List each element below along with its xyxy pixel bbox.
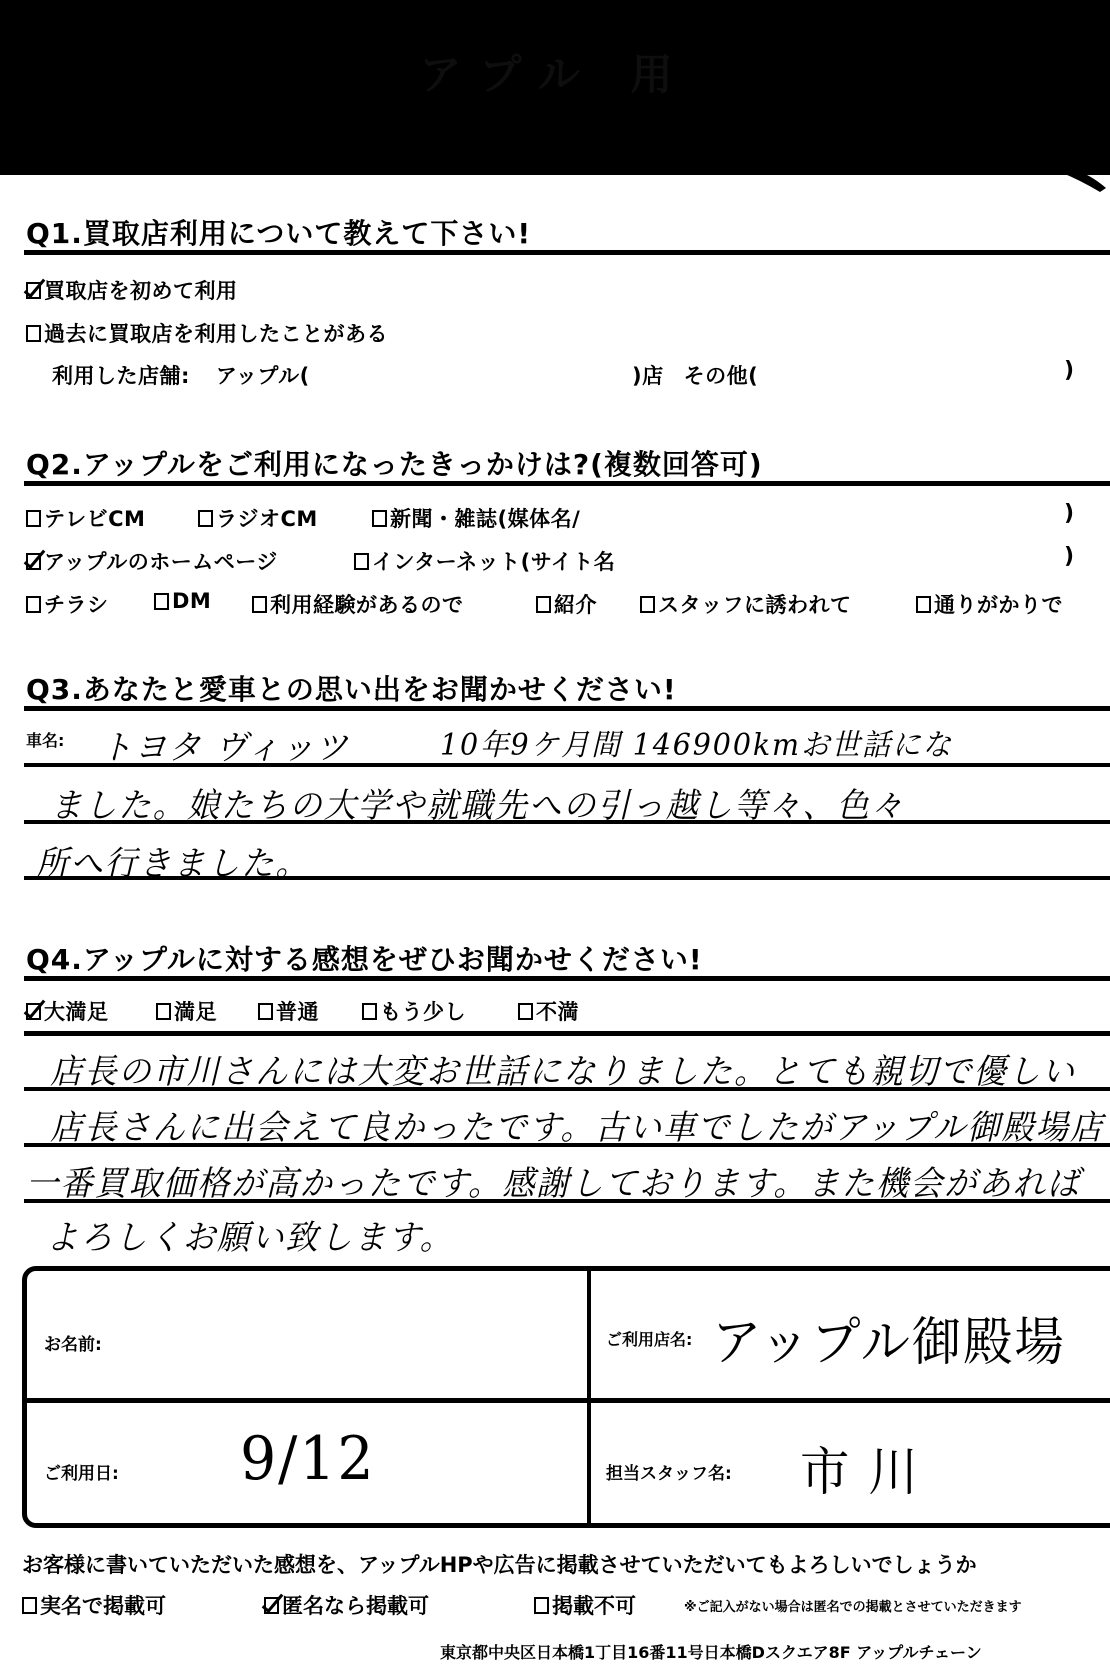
q1-rule bbox=[24, 250, 1110, 255]
checkbox-icon[interactable] bbox=[536, 596, 551, 613]
option-label: 掲載不可 bbox=[552, 1590, 636, 1620]
consent-note: ※ご記入がない場合は匿名での掲載とさせていただきます bbox=[684, 1596, 1022, 1615]
car-name-value[interactable]: トヨタ ヴィッツ bbox=[100, 720, 350, 769]
option-label: ラジオCM bbox=[216, 503, 318, 533]
checkbox-icon[interactable] bbox=[354, 553, 369, 570]
answer-line bbox=[24, 1199, 1110, 1203]
q4-rule bbox=[24, 976, 1110, 981]
answer-line bbox=[24, 763, 1110, 767]
option-label: 普通 bbox=[276, 996, 319, 1026]
answer-line bbox=[24, 876, 1110, 880]
company-address: 東京都中央区日本橋1丁目16番11号日本橋Dスクエア8F アップルチェーン bbox=[440, 1640, 982, 1663]
option-label: 通りがかりで bbox=[934, 589, 1063, 619]
header-title: アプル 用 bbox=[0, 42, 1110, 102]
option-label: 新聞・雑誌(媒体名/ bbox=[390, 503, 580, 533]
checkbox-icon[interactable] bbox=[258, 1003, 273, 1020]
publish-consent-question: お客様に書いていただいた感想を、アップルHPや広告に掲載させていただいてもよろし… bbox=[22, 1549, 977, 1579]
box-divider-vertical bbox=[587, 1271, 591, 1523]
checkbox-icon[interactable] bbox=[156, 1003, 171, 1020]
q4-option-satisfied[interactable]: 満足 bbox=[156, 996, 217, 1026]
q1-option-first-time[interactable]: 買取店を初めて利用 bbox=[26, 275, 238, 305]
staff-name-value[interactable]: 市川 bbox=[800, 1430, 937, 1505]
checkbox-icon[interactable] bbox=[916, 596, 931, 613]
checkbox-icon[interactable] bbox=[26, 510, 41, 527]
close-paren: ) bbox=[1064, 544, 1074, 569]
close-paren: ) bbox=[1064, 501, 1074, 526]
date-value[interactable]: 9/12 bbox=[240, 1424, 376, 1494]
staff-name-label: 担当スタッフ名: bbox=[606, 1459, 732, 1484]
q4-option-dissatisfied[interactable]: 不満 bbox=[518, 996, 579, 1026]
option-label: 満足 bbox=[174, 996, 217, 1026]
date-label: ご利用日: bbox=[44, 1459, 119, 1484]
checkbox-checked-icon[interactable] bbox=[26, 282, 41, 299]
q4-answer-line-2[interactable]: 店長さんに出会えて良かったです。古い車でしたがアップル御殿場店さんが bbox=[50, 1100, 1110, 1149]
q4-answer-line-1[interactable]: 店長の市川さんには大変お世話になりました。とても親切で優しい bbox=[50, 1044, 1076, 1093]
other-close-paren: ) bbox=[1064, 358, 1074, 383]
checkbox-icon[interactable] bbox=[534, 1597, 549, 1614]
q4-title: Q4.アップルに対する感想をぜひお聞かせください! bbox=[26, 938, 703, 978]
option-label: 実名で掲載可 bbox=[40, 1590, 166, 1620]
q3-answer-line-1[interactable]: 10年9ケ月間 146900kmお世話にな bbox=[440, 720, 953, 764]
answer-line bbox=[24, 820, 1110, 824]
store-name-label: ご利用店名: bbox=[606, 1327, 692, 1350]
checkbox-checked-icon[interactable] bbox=[26, 553, 41, 570]
checkbox-icon[interactable] bbox=[640, 596, 655, 613]
q2-title: Q2.アップルをご利用になったきっかけは?(複数回答可) bbox=[26, 443, 763, 483]
option-label: 不満 bbox=[536, 996, 579, 1026]
other-prefix: その他( bbox=[684, 360, 759, 390]
q2-option-tv-cm[interactable]: テレビCM bbox=[26, 503, 145, 533]
store-name-value[interactable]: アップル御殿場 bbox=[712, 1300, 1066, 1375]
q2-option-flyer[interactable]: チラシ bbox=[26, 589, 109, 619]
q3-title: Q3.あなたと愛車との思い出をお聞かせください! bbox=[26, 668, 677, 708]
checkbox-icon[interactable] bbox=[372, 510, 387, 527]
checkbox-checked-icon[interactable] bbox=[26, 1003, 41, 1020]
q2-option-newspaper[interactable]: 新聞・雑誌(媒体名/ bbox=[372, 503, 580, 533]
q2-option-experience[interactable]: 利用経験があるので bbox=[252, 589, 464, 619]
option-label: インターネット(サイト名 bbox=[372, 546, 615, 576]
q2-option-homepage[interactable]: アップルのホームページ bbox=[26, 546, 278, 576]
option-label: もう少し bbox=[380, 996, 466, 1026]
q4-answer-line-3[interactable]: 一番買取価格が高かったです。感謝しております。また機会があれば bbox=[26, 1156, 1081, 1205]
q2-option-dm[interactable]: DM bbox=[154, 589, 211, 613]
option-label: 大満足 bbox=[44, 996, 109, 1026]
answer-line bbox=[24, 1143, 1110, 1147]
q1-title: Q1.買取店利用について教えて下さい! bbox=[26, 212, 531, 252]
consent-option-real-name[interactable]: 実名で掲載可 bbox=[22, 1590, 166, 1620]
q2-option-passing-by[interactable]: 通りがかりで bbox=[916, 589, 1063, 619]
checkbox-icon[interactable] bbox=[154, 593, 169, 610]
consent-option-not-allowed[interactable]: 掲載不可 bbox=[534, 1590, 636, 1620]
checkbox-icon[interactable] bbox=[362, 1003, 377, 1020]
answer-line bbox=[24, 1087, 1110, 1091]
store-used-label: 利用した店舗: bbox=[52, 360, 190, 390]
paper-curl-mark bbox=[910, 166, 1110, 196]
checkbox-checked-icon[interactable] bbox=[264, 1597, 279, 1614]
checkbox-icon[interactable] bbox=[198, 510, 213, 527]
option-label: アップルのホームページ bbox=[44, 546, 278, 576]
name-label: お名前: bbox=[44, 1330, 102, 1355]
apple-prefix: アップル( bbox=[216, 360, 310, 390]
checkbox-icon[interactable] bbox=[252, 596, 267, 613]
q1-store-used-row: 利用した店舗: アップル( bbox=[52, 360, 310, 390]
box-divider-horizontal bbox=[27, 1398, 1110, 1403]
car-name-label: 車名: bbox=[26, 728, 64, 751]
option-label: スタッフに誘われて bbox=[658, 589, 852, 619]
header-band: アプル 用 bbox=[0, 0, 1110, 175]
option-label: 利用経験があるので bbox=[270, 589, 464, 619]
option-label: 過去に買取店を利用したことがある bbox=[44, 318, 388, 348]
q4-options-rule bbox=[24, 1031, 1110, 1036]
option-label: 紹介 bbox=[554, 589, 597, 619]
q2-option-staff[interactable]: スタッフに誘われて bbox=[640, 589, 852, 619]
q4-option-could-be-better[interactable]: もう少し bbox=[362, 996, 466, 1026]
option-label: テレビCM bbox=[44, 503, 145, 533]
q2-rule bbox=[24, 481, 1110, 486]
option-label: 匿名なら掲載可 bbox=[282, 1590, 429, 1620]
checkbox-icon[interactable] bbox=[518, 1003, 533, 1020]
q3-rule bbox=[24, 706, 1110, 711]
q4-option-very-satisfied[interactable]: 大満足 bbox=[26, 996, 109, 1026]
checkbox-icon[interactable] bbox=[26, 596, 41, 613]
q4-answer-line-4[interactable]: よろしくお願い致します。 bbox=[46, 1210, 454, 1259]
checkbox-icon[interactable] bbox=[22, 1597, 37, 1614]
q1-option-used-before[interactable]: 過去に買取店を利用したことがある bbox=[26, 318, 388, 348]
apple-suffix: )店 bbox=[632, 360, 664, 390]
q2-option-referral[interactable]: 紹介 bbox=[536, 589, 597, 619]
checkbox-icon[interactable] bbox=[26, 325, 41, 342]
consent-option-anonymous[interactable]: 匿名なら掲載可 bbox=[264, 1590, 429, 1620]
apple-store-field[interactable]: )店 その他( bbox=[632, 360, 758, 390]
option-label: 買取店を初めて利用 bbox=[44, 275, 238, 305]
option-label: チラシ bbox=[44, 589, 109, 619]
q4-option-normal[interactable]: 普通 bbox=[258, 996, 319, 1026]
q2-option-radio-cm[interactable]: ラジオCM bbox=[198, 503, 318, 533]
option-label: DM bbox=[172, 589, 211, 613]
q2-option-internet[interactable]: インターネット(サイト名 bbox=[354, 546, 615, 576]
